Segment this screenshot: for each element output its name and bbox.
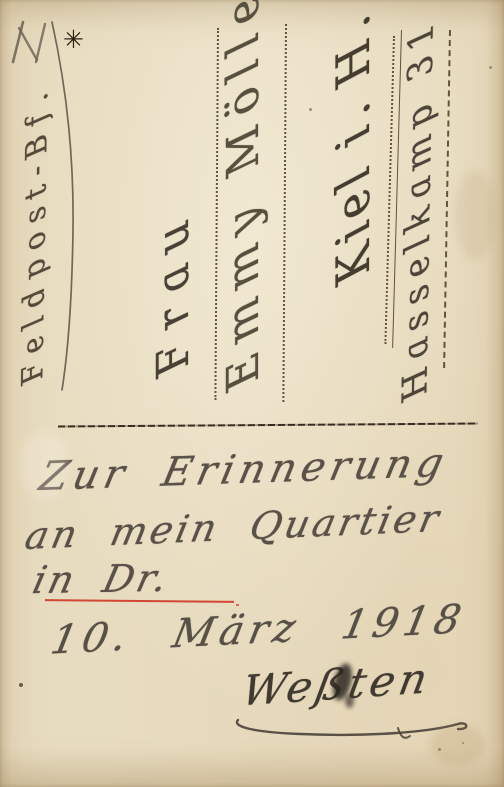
address-street: Hasselkamp 31 [398, 6, 439, 410]
message-line-3: in Dr. [29, 559, 174, 599]
printed-divider-rule [58, 423, 478, 428]
message-line-1: Zur Erinnerung [36, 443, 452, 497]
address-line-rule-4 [443, 30, 451, 368]
message-date: 10. März 1918 [48, 599, 469, 660]
paper-speck [309, 108, 312, 111]
red-underline [45, 599, 234, 603]
postcard-scan: ✳ Feldpost-Bf. Frau Emmy Möller Kiel i. … [0, 0, 504, 787]
paper-stain [455, 170, 495, 260]
address-recipient-name: Emmy Möller [222, 0, 266, 402]
feldpost-side-note: Feldpost-Bf. [18, 78, 52, 392]
message-line-2: an mein Quartier [22, 499, 445, 555]
paper-stain [430, 725, 485, 765]
address-line-rule-2 [282, 24, 287, 402]
paper-stain [20, 430, 70, 500]
paper-speck [489, 66, 492, 69]
address-city: Kiel i. H. [330, 0, 376, 298]
address-salutation: Frau [152, 196, 196, 388]
paper-speck [19, 683, 23, 687]
red-underline-end-dot [236, 604, 239, 606]
